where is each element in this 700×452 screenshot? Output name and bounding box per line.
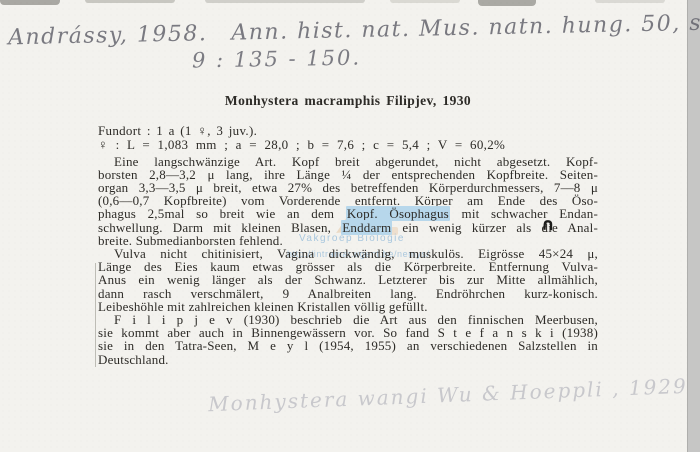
citation-pages: 9 : 135 - 150. bbox=[192, 46, 361, 73]
citation-journal: Ann. hist. nat. Mus. natn. hung. 50, ser… bbox=[231, 9, 700, 46]
scan-edge-smudge bbox=[478, 0, 536, 6]
description-paragraph-1: Eine langschwänzige Art. Kopf breit abge… bbox=[98, 155, 598, 247]
scan-edge-smudge bbox=[205, 0, 365, 3]
scan-background-strip bbox=[687, 0, 700, 452]
para1-line1: Eine langschwänzige Art. Kopf breit abge… bbox=[98, 155, 598, 168]
citation-author: Andrássy, 1958. bbox=[8, 21, 208, 50]
fundort-line: Fundort : 1 a (1 ♀, 3 juv.). bbox=[98, 124, 598, 137]
para1-line6-text: ein wenig kürzer als die Anal- bbox=[392, 220, 598, 235]
scan-edge-smudge bbox=[595, 0, 665, 3]
description-paragraph-3: F i l i p j e v (1930) beschrieb die Art… bbox=[98, 313, 598, 366]
species-description-card: Monhystera macramphis Filipjev, 1930 Fun… bbox=[98, 94, 598, 366]
scan-edge-smudge bbox=[390, 0, 460, 3]
handwritten-citation-line2: 9 : 135 - 150. bbox=[192, 46, 361, 73]
pen-mark: ∩ bbox=[540, 215, 555, 236]
handwritten-citation-line1: Andrássy, 1958.Ann. hist. nat. Mus. natn… bbox=[8, 9, 700, 51]
para3-line3: sie in den Tatra-Seen, M e y l (1954, 19… bbox=[98, 339, 598, 352]
para2-line4: dann rasch verschmälert, 9 Analbreiten l… bbox=[98, 287, 598, 300]
measurements-line: ♀ : L = 1,083 mm ; a = 28,0 ; b = 7,6 ; … bbox=[98, 138, 598, 151]
search-highlight: Enddarm bbox=[341, 220, 392, 235]
card-fold-line bbox=[95, 263, 96, 367]
para2-line3: Anus ein wenig länger als der Schwanz. L… bbox=[98, 273, 598, 286]
scan-edge-smudge bbox=[0, 0, 60, 5]
scan-edge-smudge bbox=[85, 0, 175, 3]
para3-line4: Deutschland. bbox=[98, 353, 598, 366]
para1-line6: schwellung. Darm mit kleinen Blasen, End… bbox=[98, 221, 598, 234]
scanned-index-card: Andrássy, 1958.Ann. hist. nat. Mus. natn… bbox=[0, 0, 700, 452]
species-title: Monhystera macramphis Filipjev, 1930 bbox=[98, 94, 598, 107]
handwritten-synonym-note: Monhystera wangi Wu & Hoeppli , 1929 bbox=[208, 374, 688, 416]
description-paragraph-2: Vulva nicht chitinisiert, Vagina dickwän… bbox=[98, 247, 598, 313]
